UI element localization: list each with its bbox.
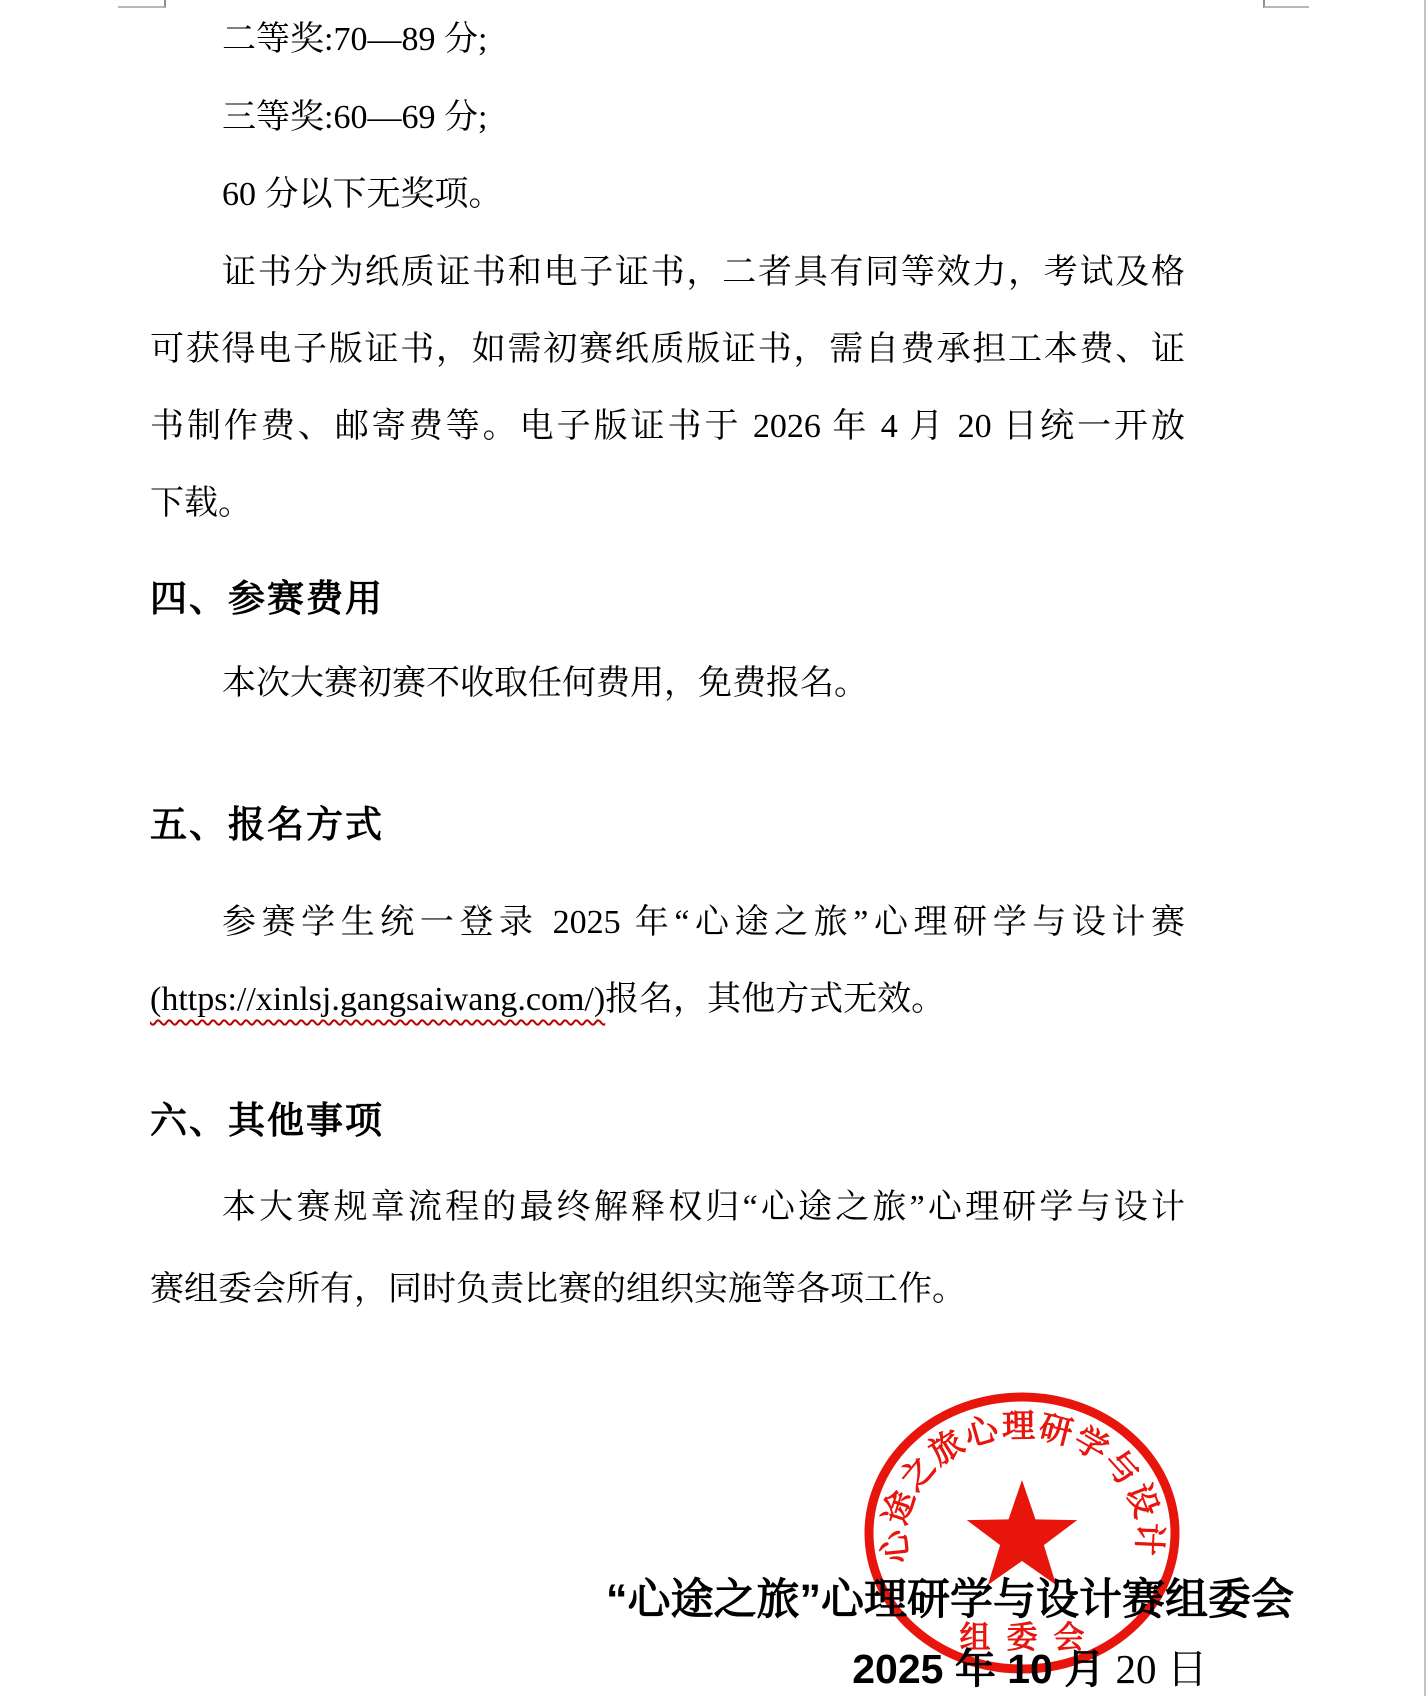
- certificate-line-4: 下载。: [150, 482, 252, 526]
- committee-seal-stamp: 心途之旅心理研学与设计赛 组委会: [856, 1386, 1188, 1696]
- page-right-edge: [1424, 0, 1426, 1696]
- certificate-line-2: 可获得电子版证书，如需初赛纸质版证书，需自费承担工本费、证: [150, 328, 1185, 372]
- award-second-line: 二等奖:70—89 分;: [222, 18, 487, 62]
- document-page: 二等奖:70—89 分; 三等奖:60—69 分; 60 分以下无奖项。 证书分…: [0, 0, 1428, 1696]
- section5-heading: 五、报名方式: [150, 794, 384, 848]
- section6-line-1: 本大赛规章流程的最终解释权归“心途之旅”心理研学与设计: [222, 1186, 1185, 1230]
- section6-line-2: 赛组委会所有，同时负责比赛的组织实施等各项工作。: [150, 1268, 966, 1312]
- section5-line-2: (https://xinlsj.gangsaiwang.com/)报名，其他方式…: [150, 978, 945, 1022]
- seal-bottom-text: 组委会: [960, 1620, 1101, 1655]
- page-top-right-mark: [1263, 0, 1309, 8]
- seal-star-icon: [967, 1480, 1077, 1585]
- section5-line-1: 参赛学生统一登录 2025 年“心途之旅”心理研学与设计赛: [222, 901, 1185, 945]
- registration-url: (https://xinlsj.gangsaiwang.com/): [150, 981, 605, 1018]
- certificate-line-1: 证书分为纸质证书和电子证书，二者具有同等效力，考试及格: [222, 251, 1185, 295]
- section6-heading: 六、其他事项: [150, 1090, 384, 1144]
- award-none-line: 60 分以下无奖项。: [222, 173, 503, 217]
- award-third-line: 三等奖:60—69 分;: [222, 96, 487, 140]
- page-top-left-mark: [118, 0, 166, 8]
- section4-heading: 四、参赛费用: [150, 568, 384, 622]
- section5-line-2-rest: 报名，其他方式无效。: [605, 981, 945, 1018]
- section4-body: 本次大赛初赛不收取任何费用，免费报名。: [222, 662, 868, 706]
- certificate-line-3: 书制作费、邮寄费等。电子版证书于 2026 年 4 月 20 日统一开放: [150, 405, 1185, 449]
